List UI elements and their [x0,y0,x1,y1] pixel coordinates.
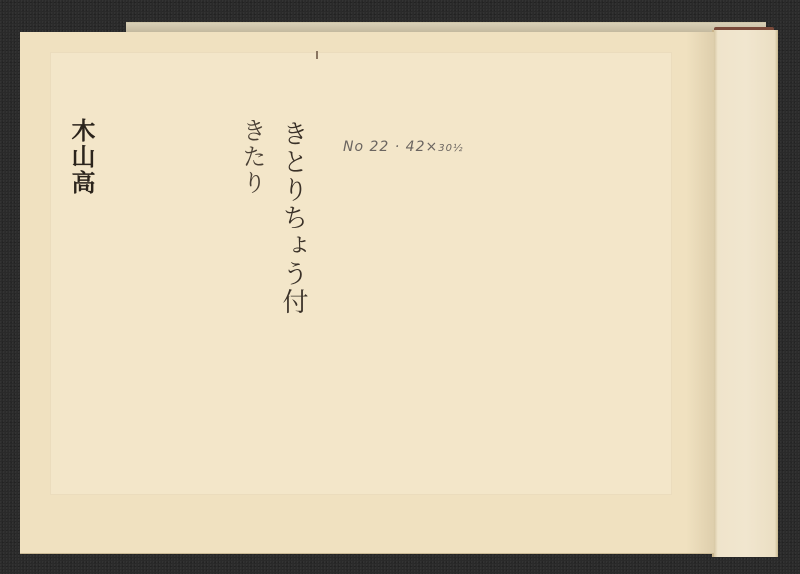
catalog-dimensions: 42× [406,139,439,155]
album-spine [712,30,778,557]
inner-panel [50,52,672,495]
center-mark [316,51,318,59]
album-cover [20,32,714,553]
title-column-1: きとりちょう付 [280,120,306,316]
catalog-dimensions-suffix: 30½ [438,143,463,154]
title-column-2: きたり [240,118,264,196]
catalog-number: No 22 · [343,139,400,155]
catalog-pencil-note: No 22 · 42×30½ [343,139,464,155]
left-calligraphy-label: 木山高 [64,118,99,196]
